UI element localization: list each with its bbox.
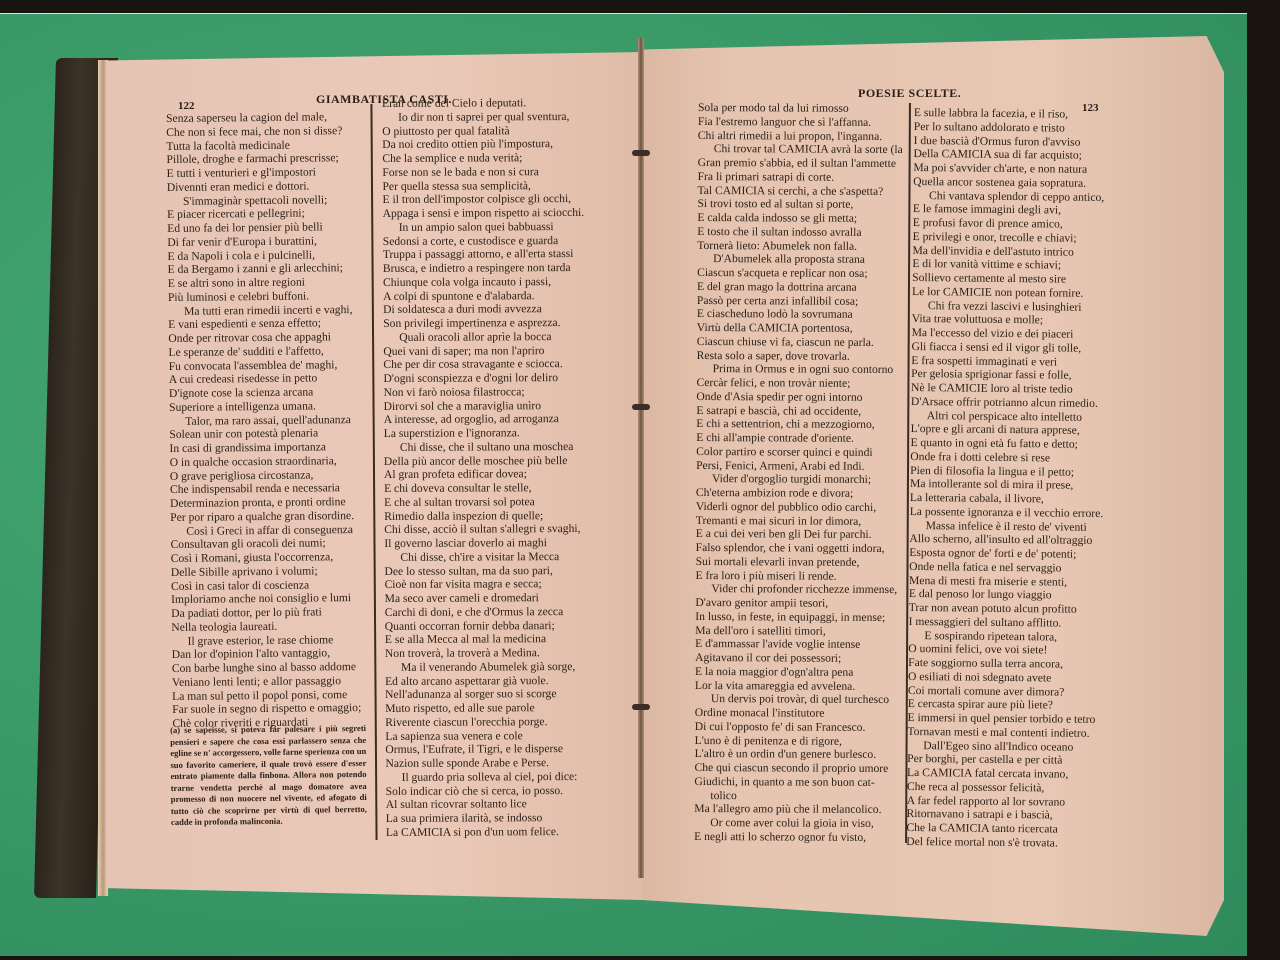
verse-line: Color partiro e scorser quinci e quindi (696, 445, 901, 460)
verse-line: Per por riparo a qualche gran disordine. (170, 509, 359, 525)
verse-line: Truppa i passaggi attorno, e all'erta st… (383, 247, 585, 262)
verse-line: Chi altri rimedii a lui propon, l'ingann… (698, 128, 903, 143)
verse-line: Sui mortali elevarli invan pretende, (696, 555, 901, 570)
verse-line: Talor, ma raro assai, quell'adunanza (169, 413, 358, 429)
binding-stitch (632, 704, 650, 710)
verse-line: Che qui ciascun secondo il proprio umore (694, 761, 899, 776)
verse-line: Riverente ciascun l'orecchia porge. (385, 715, 587, 730)
verse-line: Quanti occorran fornir debba danari; (385, 618, 587, 633)
verse-line: Il grave esterior, le rase chiome (171, 632, 360, 648)
verse-line: Son privilegi impertinenza e asprezza. (383, 316, 585, 331)
verse-line: I messaggieri del sultano afflitto. (909, 615, 1103, 631)
verse-line: E del gran mago la dottrina arcana (697, 280, 902, 295)
verse-line: E ciascheduno lodò la sovrumana (697, 307, 902, 322)
binding-stitch (632, 150, 650, 156)
verse-line: Rimedio dalla inspezion di quelle; (384, 508, 586, 523)
verse-line: Eran come del Cielo i deputati. (382, 96, 584, 111)
verse-line: Cercàr felici, e non trovàr niente; (696, 376, 901, 391)
footnote: (a) se sapeisse, si poteva far palesare … (170, 723, 367, 829)
verse-line: Ciascun s'acqueta e replicar non osa; (697, 266, 902, 281)
verse-line: Gli fiacca i sensi ed il vigor gli tolle… (911, 340, 1105, 356)
verse-line: Ma il venerando Abumelek già sorge, (385, 660, 587, 675)
verse-line: Si trovi tosto ed al sultan si porte, (697, 197, 902, 212)
verse-line: E la noia maggior d'ogn'altra pena (695, 665, 900, 680)
verse-line: D'ogni sconspiezza e d'ogni lor deliro (383, 371, 585, 386)
verse-line: Nell'adunanza al sorger suo si scorge (385, 687, 587, 702)
verse-line: Che reca al possessor felicità, (907, 780, 1101, 796)
verse-line: E satrapi e bascià, chi ad occidente, (696, 403, 901, 418)
page-number-left: 122 (178, 100, 195, 112)
verse-line: Imploriamo anche noi consiglio e lumi (171, 591, 360, 607)
verse-line: Pillole, droghe e farmachi prescrisse; (166, 151, 355, 167)
verse-line: E privilegi e onor, trecolle e chiavi; (913, 230, 1107, 246)
verse-line: Ciascun chiuse vi fa, ciascun ne parla. (697, 335, 902, 350)
verse-line: Fia l'estremo languor che sì l'affanna. (698, 115, 903, 130)
verse-line: Non vi farò noiosa filastrocca; (384, 385, 586, 400)
right-page-column-1: Sola per modo tal da lui rimossoFia l'es… (694, 101, 903, 845)
verse-line: Chi disse, ch'ire a visitar la Mecca (384, 550, 586, 565)
verse-line: Muto rispetto, ed alle sue parole (385, 701, 587, 716)
verse-line: Per quella stessa sua semplicità, (382, 178, 584, 193)
verse-line: Onde fra i dotti celebre si rese (910, 450, 1104, 466)
verse-line: La sapienza sua venera e cole (385, 728, 587, 743)
verse-line: E che al sultan trovarsi sol potea (384, 495, 586, 510)
verse-line: Quella ancor sostenea gaia sopratura. (913, 175, 1107, 191)
verse-line: Onde d'Asia spedir per ogni intorno (696, 390, 901, 405)
verse-line: Passò per certa anzi infallibil cosa; (697, 293, 902, 308)
verse-line: Gran premio s'abbia, ed il sultan l'amme… (698, 156, 903, 171)
verse-line: E d'ammassar l'avide voglie intense (695, 637, 900, 652)
verse-line: Lor la vita amareggia ed avvelena. (695, 678, 900, 693)
verse-line: O piuttosto per qual fatalità (382, 123, 584, 138)
verse-line: Persi, Fenici, Armeni, Arabi ed Indi. (696, 458, 901, 473)
verse-line: Ormus, l'Eufrate, il Tigri, e le dispers… (385, 742, 587, 757)
binding-stitch (632, 404, 650, 410)
verse-line: Di cui l'opposto fe' di san Francesco. (695, 720, 900, 735)
verse-line: D'Arsace offrir potrianno alcun rimedio. (911, 395, 1105, 411)
verse-line: E calda calda indosso se gli metta; (697, 211, 902, 226)
verse-line: Quali oracoli allor aprìe la bocca (383, 330, 585, 345)
verse-line: Onde nella fatica e nel servaggio (909, 560, 1103, 576)
verse-line: Che la semplice e nuda verità; (382, 151, 584, 166)
left-page-column-2: Eran come del Cielo i deputati.Io dir no… (382, 96, 587, 840)
verse-line: Chiunque cola volga incauto i passi, (383, 275, 585, 290)
verse-line: Ordine monacal l'institutore (695, 706, 900, 721)
verse-line: Cioè non far visita magra e secca; (385, 577, 587, 592)
verse-line: Chi disse, che il sultano una moschea (384, 440, 586, 455)
verse-line: tolico (694, 788, 899, 803)
verse-line: D'avaro genitor ampii tesori, (695, 596, 900, 611)
verse-line: Le lor CAMICIE non potean fornire. (912, 285, 1106, 301)
verse-line: Agitavano il cor dei possessori; (695, 651, 900, 666)
book-gutter (638, 38, 644, 878)
verse-line: Ma l'allegro amo più che il melancolico. (694, 802, 899, 817)
verse-line: Sedonsi a corte, e custodisce e guarda (383, 233, 585, 248)
verse-line: Sola per modo tal da lui rimosso (698, 101, 903, 116)
verse-line: Chi trovar tal CAMICIA avrà la sorte (la (698, 142, 903, 157)
verse-line: Che non si fece mai, che non si disse? (166, 124, 355, 140)
verse-line: Solo indicar ciò che si cerca, io posso. (386, 783, 588, 798)
verse-line: Viderli ognor del pubblico odio carchi, (696, 500, 901, 515)
left-page-column-1: Senza saperseu la cagion del male,Che no… (166, 110, 361, 731)
verse-line: Tornavan mesti e mal contenti indietro. (907, 725, 1101, 741)
verse-line: Il governo lasciar doverlo ai maghi (384, 536, 586, 551)
verse-line: Falso splendor, che i vani oggetti indor… (696, 541, 901, 556)
verse-line: Non troverà, la troverà a Medina. (385, 646, 587, 661)
verse-line: L'uno è di penitenza e di rigore, (695, 733, 900, 748)
verse-line: Che per dir cosa stravagante e sciocca. (383, 357, 585, 372)
verse-line: E fra loro i più miseri li rende. (695, 568, 900, 583)
verse-line: Io dir non ti saprei per qual sventura, (382, 110, 584, 125)
verse-line: In lusso, in feste, in equipaggi, in men… (695, 610, 900, 625)
verse-line: In un ampio salon quei babbuassi (383, 220, 585, 235)
verse-line: Tal CAMICIA si cerchi, a che s'aspetta? (697, 183, 902, 198)
verse-line: Un dervis poi trovàr, di quel turchesco (695, 692, 900, 707)
verse-line: Fra li primari satrapi di corte. (698, 170, 903, 185)
verse-line: Nazion sulle sponde Arabe e Perse. (385, 756, 587, 771)
verse-line: Per lo sultano addolorato e tristo (914, 120, 1108, 136)
verse-line: La superstizion e l'ignoranza. (384, 426, 586, 441)
verse-line: L'altro è un ordin d'un genere burlesco. (695, 747, 900, 762)
verse-line: A interesse, ad orgoglio, ad arroganza (384, 412, 586, 427)
right-page-column-2: E sulle labbra la facezia, e il riso,Per… (906, 106, 1107, 850)
verse-line: Dee lo stesso sultan, ma da suo pari, (384, 563, 586, 578)
verse-line: Della più ancor delle moschee più belle (384, 453, 586, 468)
verse-line: E tosto che il sultan indosso avralla (697, 225, 902, 240)
verse-line: Resta solo a saper, dove trovarla. (697, 348, 902, 363)
verse-line: Chi disse, acciò il sultan s'allegri e s… (384, 522, 586, 537)
verse-line: Virtù della CAMICIA portentosa, (697, 321, 902, 336)
verse-line: Quei vani di saper; ma non l'apriro (383, 343, 585, 358)
verse-line: Ma dell'oro i satelliti timori, (695, 623, 900, 638)
verse-line: O in qualche occasion straordinaria, (170, 454, 359, 470)
verse-line: Ma tutti eran rimedii incerti e vaghi, (168, 303, 357, 319)
verse-line: Vider chi profonder ricchezze immense, (695, 582, 900, 597)
verse-line: Tremanti e mai sicuri in lor dimora, (696, 513, 901, 528)
running-head-right: POESIE SCELTE. (858, 86, 961, 101)
verse-line: E negli atti lo scherzo ognor fu visto, (694, 830, 899, 845)
verse-line: Da noi credito ottien più l'impostura, (382, 137, 584, 152)
verse-line: E chi doveva consultar le stelle, (384, 481, 586, 496)
verse-line: Tornerà lieto: Abumelek non falla. (697, 238, 902, 253)
verse-line: Or come aver colui la gioia in viso, (694, 816, 899, 831)
verse-line: Di soldatesca a duri modi avvezza (383, 302, 585, 317)
verse-line: Ma seco aver cameli e dromedari (385, 591, 587, 606)
verse-line: D'Abumelek alla proposta strana (697, 252, 902, 267)
verse-line: E da Bergamo i zanni e gli arlecchini; (168, 261, 357, 277)
verse-line: Far suole in segno di rispetto e omaggio… (172, 701, 361, 717)
verse-line: Veniano lenti lenti; e allor passaggio (172, 674, 361, 690)
verse-line: Fu convocata l'assemblea de' maghi, (169, 358, 358, 374)
verse-line: Carchi di doni, e che d'Ormus la zecca (385, 605, 587, 620)
verse-line: Vider d'orgoglio turgidi monarchi; (696, 472, 901, 487)
verse-line: O esiliati di noi sdegnato avete (908, 670, 1102, 686)
verse-line: Il guardo pria solleva al ciel, poi dice… (386, 770, 588, 785)
verse-line: Forse non se le bada e non si cura (382, 165, 584, 180)
verse-line: La sua primiera ilarità, se indosso (386, 811, 588, 826)
verse-line: Prima in Ormus e in ogni suo contorno (697, 362, 902, 377)
verse-line: La possente ignoranza e il vecchio error… (910, 505, 1104, 521)
verse-line: Del felice mortal non s'è trovata. (906, 835, 1100, 851)
verse-line: E chi all'ampie contrade d'oriente. (696, 431, 901, 446)
verse-line: Appaga i sensi e impon rispetto ai scioc… (383, 206, 585, 221)
verse-line: Al sultan ricovrar soltanto lice (386, 797, 588, 812)
verse-line: A colpi di spuntone e d'alabarda. (383, 288, 585, 303)
verse-line: Ch'eterna ambizion rode e divora; (696, 486, 901, 501)
open-book: 122 GIAMBATISTA CASTI. Senza saperseu la… (0, 0, 1280, 960)
verse-line: Onde per ritrovar cosa che appaghi (168, 330, 357, 346)
verse-line: Dirorvi sol che a maraviglia unìro (384, 398, 586, 413)
verse-line: Ed alto arcano aspettarar già vuole. (385, 673, 587, 688)
verse-line: Così i Greci in affar di conseguenza (170, 522, 359, 538)
verse-line: E se alla Mecca al mal la medicina (385, 632, 587, 647)
verse-line: Al gran profeta edificar dovea; (384, 467, 586, 482)
verse-line: E chi a settentrion, chi a mezzogiorno, (696, 417, 901, 432)
verse-line: E il tron dell'impostor colpisce gli occ… (383, 192, 585, 207)
verse-line: Giudichi, in quanto a me son buon cat- (694, 775, 899, 790)
verse-line: Così i Romani, giusta l'occorrenza, (171, 550, 360, 566)
verse-line: E a cui dei veri ben gli Dei fur parchi. (696, 527, 901, 542)
verse-line: La CAMICIA si pon d'un uom felice. (386, 825, 588, 840)
verse-line: Brusca, e indietro a respingere non tard… (383, 261, 585, 276)
